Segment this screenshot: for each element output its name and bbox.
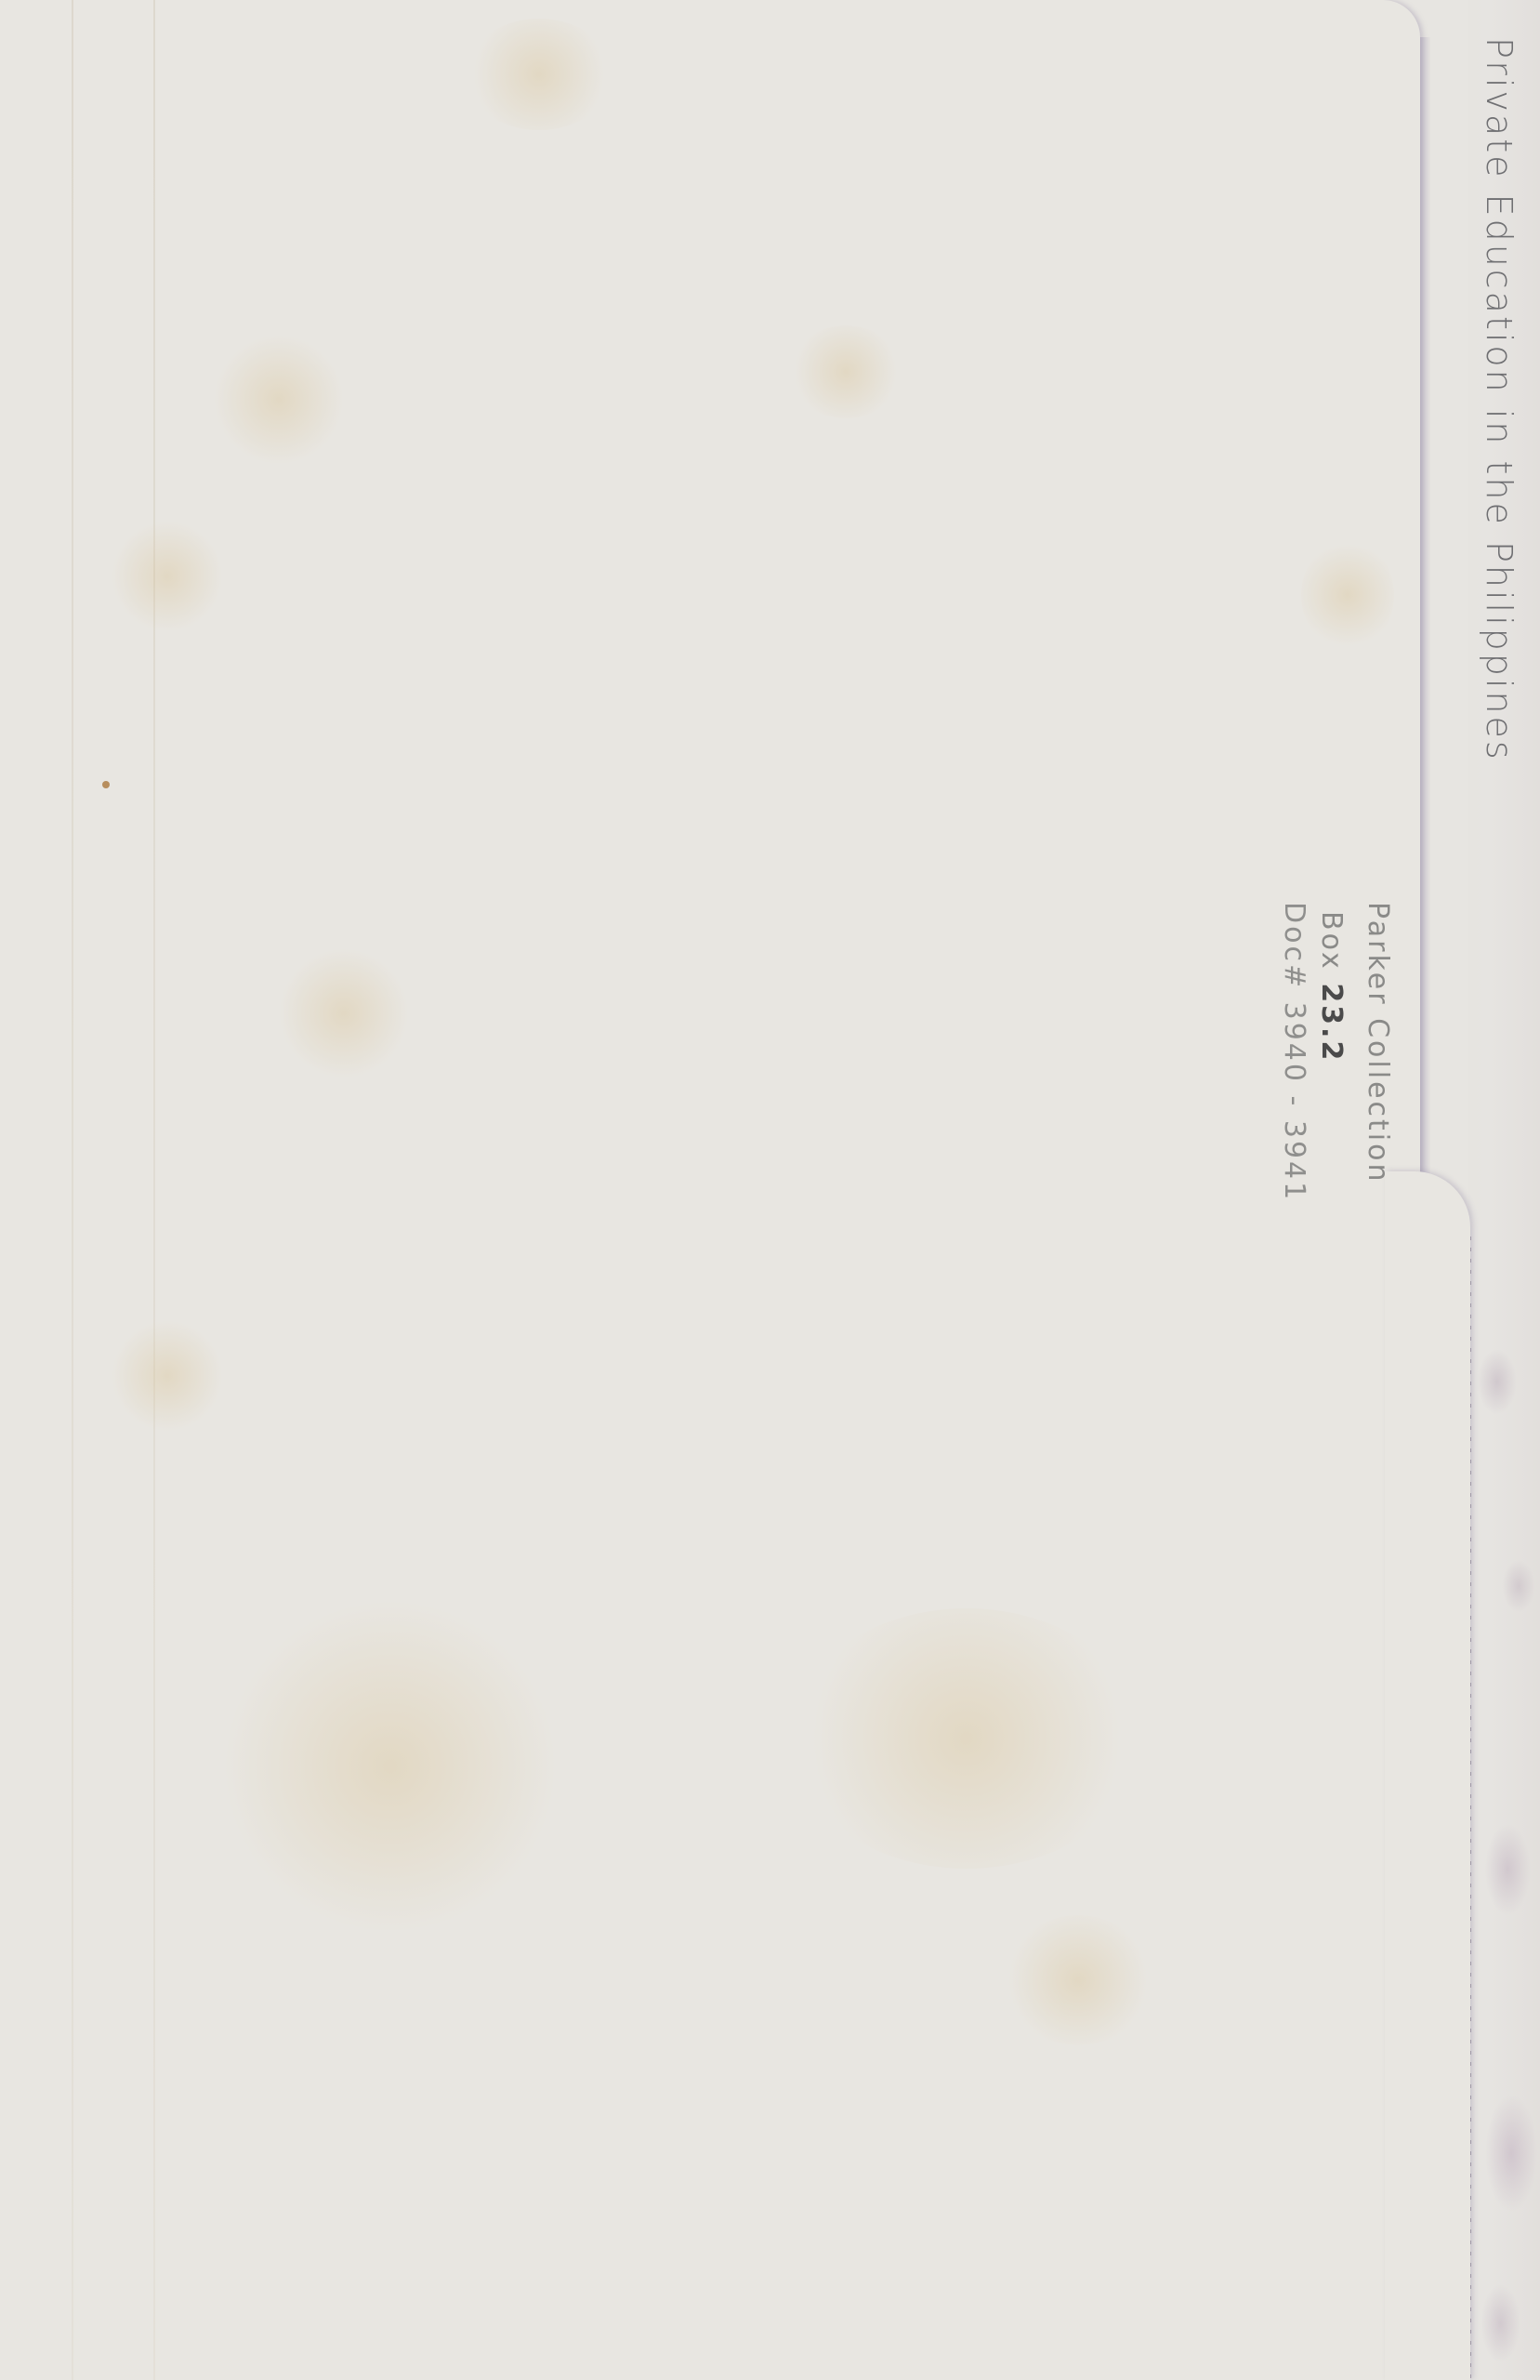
collection-name: Parker Collection (1362, 902, 1394, 1183)
tab-label-handwritten: Private Education in the Philippines (1479, 37, 1520, 762)
age-stain (223, 1599, 558, 1934)
age-stain (214, 335, 344, 465)
box-label: Box (1315, 911, 1348, 983)
age-stain (1301, 539, 1394, 651)
age-stain (465, 19, 613, 130)
document-range: Doc# 3940 - 3941 (1278, 902, 1310, 1202)
age-stain (790, 1608, 1143, 1869)
box-value: 23.2 (1315, 983, 1348, 1063)
age-stain (790, 325, 902, 418)
age-stain (112, 521, 223, 632)
folder-scan: Private Education in the Philippines Par… (0, 0, 1540, 2380)
back-panel-discoloration (1468, 1246, 1540, 2380)
box-number: Box 23.2 (1315, 911, 1348, 1063)
folder-tab-notch (1385, 1171, 1470, 2380)
age-stain (279, 948, 409, 1078)
fold-line (72, 0, 73, 2380)
folder-front-panel (0, 0, 1420, 2380)
age-stain (1004, 1915, 1152, 2045)
stain-speck (102, 781, 110, 788)
fold-line (153, 0, 155, 2380)
age-stain (112, 1320, 223, 1432)
